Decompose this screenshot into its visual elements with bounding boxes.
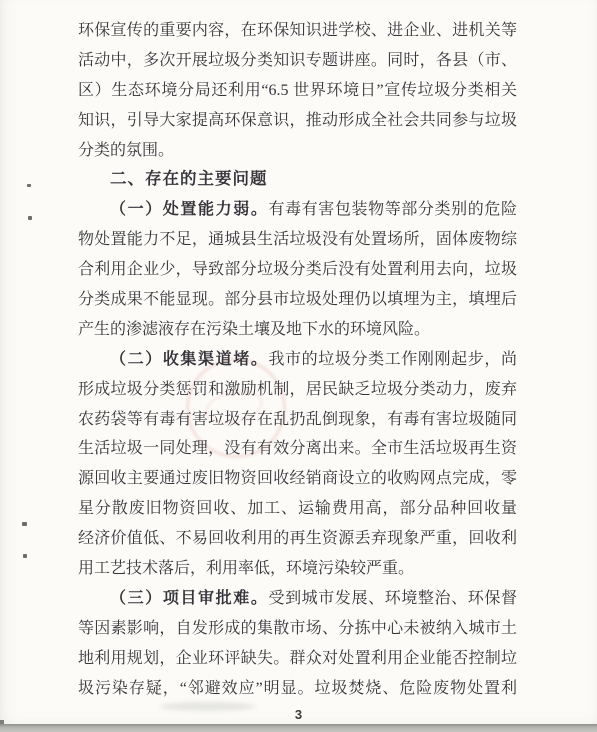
- text-line: 经济价值低、不易回收利用的再生资源丢弃现象严重，回收利: [78, 524, 517, 554]
- line-text-segment: 环保宣传的重要内容，在环保知识进学校、进企业、进机关等: [78, 22, 517, 39]
- text-line: 源回收主要通过废旧物资回收经销商设立的收购网点完成，零: [78, 464, 517, 494]
- text-line: 用工艺技术落后，利用率低，环境污染较严重。: [78, 554, 517, 584]
- line-text-segment: 圾污染存疑，“邻避效应”明显。垃圾焚烧、危险废物处置利: [78, 680, 517, 697]
- scan-speck: [27, 184, 31, 187]
- line-text-segment: 形成垃圾分类惩罚和激励机制，居民缺乏垃圾分类动力，废弃: [78, 381, 517, 398]
- line-text-segment: 农药袋等有毒有害垃圾存在乱扔乱倒现象，有毒有害垃圾随同: [78, 411, 517, 428]
- text-line: 分类成果不能显现。部分县市垃圾处理仍以填埋为主，填埋后: [78, 285, 517, 315]
- text-line: 农药袋等有毒有害垃圾存在乱扔乱倒现象，有毒有害垃圾随同: [78, 405, 517, 435]
- text-line: 活动中，多次开展垃圾分类知识专题讲座。同时，各县（市、: [78, 46, 517, 76]
- line-text-segment: 物处置能力不足，通城县生活垃圾没有处置场所，固体废物综: [78, 231, 517, 248]
- document-body: 环保宣传的重要内容，在环保知识进学校、进企业、进机关等 活动中，多次开展垃圾分类…: [78, 16, 517, 703]
- text-line: （三）项目审批难。受到城市发展、环境整治、环保督察、: [78, 584, 517, 614]
- line-text-segment: 区）生态环境分局还利用“6.5 世界环境日”宣传垃圾分类相关: [78, 82, 517, 99]
- subheading-bold: （二）收集渠道堵。: [110, 351, 268, 368]
- text-line: 地利用规划，企业环评缺失。群众对处置利用企业能否控制垃: [78, 644, 517, 674]
- line-text-segment: 分类的氛围。: [78, 142, 174, 159]
- section-heading-text: 二、存在的主要问题: [110, 170, 268, 188]
- subheading-bold: （一）处置能力弱。: [110, 201, 268, 218]
- text-line: 知识，引导大家提高环保意识，推动形成全社会共同参与垃圾: [78, 106, 517, 136]
- page-number: 3: [0, 707, 597, 722]
- text-line: 分类的氛围。: [78, 136, 517, 166]
- text-line: 物处置能力不足，通城县生活垃圾没有处置场所，固体废物综: [78, 225, 517, 255]
- text-line: 生活垃圾一同处理，没有有效分离出来。全市生活垃圾再生资: [78, 434, 517, 464]
- line-text-segment: 知识，引导大家提高环保意识，推动形成全社会共同参与垃圾: [78, 112, 517, 129]
- text-line: 星分散废旧物资回收、加工、运输费用高，部分品种回收量少；: [78, 494, 517, 524]
- section-heading: 二、存在的主要问题: [78, 165, 517, 195]
- scan-speck: [28, 216, 32, 220]
- text-line: 圾污染存疑，“邻避效应”明显。垃圾焚烧、危险废物处置利: [78, 674, 517, 704]
- text-line: 形成垃圾分类惩罚和激励机制，居民缺乏垃圾分类动力，废弃: [78, 375, 517, 405]
- scan-edge-shadow: [0, 724, 597, 732]
- text-line: 等因素影响，自发形成的集散市场、分拣中心未被纳入城市土: [78, 614, 517, 644]
- line-text-segment: 地利用规划，企业环评缺失。群众对处置利用企业能否控制垃: [78, 650, 517, 667]
- line-text-segment: 产生的渗滤液存在污染土壤及地下水的环境风险。: [78, 321, 430, 338]
- line-text-segment: 经济价值低、不易回收利用的再生资源丢弃现象严重，回收利: [78, 530, 517, 547]
- line-text-segment: 分类成果不能显现。部分县市垃圾处理仍以填埋为主，填埋后: [78, 291, 517, 308]
- text-line: 合利用企业少，导致部分垃圾分类后没有处置利用去向，垃圾: [78, 255, 517, 285]
- line-text-segment: 星分散废旧物资回收、加工、运输费用高，部分品种回收量少；: [78, 500, 517, 524]
- scan-speck: [22, 522, 27, 526]
- text-line: 产生的渗滤液存在污染土壤及地下水的环境风险。: [78, 315, 517, 345]
- text-line: （一）处置能力弱。有毒有害包装物等部分类别的危险废: [78, 195, 517, 225]
- line-text-segment: 用工艺技术落后，利用率低，环境污染较严重。: [78, 560, 414, 577]
- line-text-segment: 源回收主要通过废旧物资回收经销商设立的收购网点完成，零: [78, 470, 517, 487]
- text-line: （二）收集渠道堵。我市的垃圾分类工作刚刚起步，尚未: [78, 345, 517, 375]
- line-text-segment: 生活垃圾一同处理，没有有效分离出来。全市生活垃圾再生资: [78, 440, 517, 457]
- text-line: 区）生态环境分局还利用“6.5 世界环境日”宣传垃圾分类相关: [78, 76, 517, 106]
- line-text-segment: 活动中，多次开展垃圾分类知识专题讲座。同时，各县（市、: [78, 52, 517, 69]
- scan-speck: [23, 554, 27, 558]
- line-text-segment: 合利用企业少，导致部分垃圾分类后没有处置利用去向，垃圾: [78, 261, 517, 278]
- line-text-segment: 等因素影响，自发形成的集散市场、分拣中心未被纳入城市土: [78, 620, 517, 637]
- subheading-bold: （三）项目审批难。: [110, 590, 268, 607]
- scanned-document-page: 环保宣传的重要内容，在环保知识进学校、进企业、进机关等 活动中，多次开展垃圾分类…: [0, 0, 597, 732]
- text-line: 环保宣传的重要内容，在环保知识进学校、进企业、进机关等: [78, 16, 517, 46]
